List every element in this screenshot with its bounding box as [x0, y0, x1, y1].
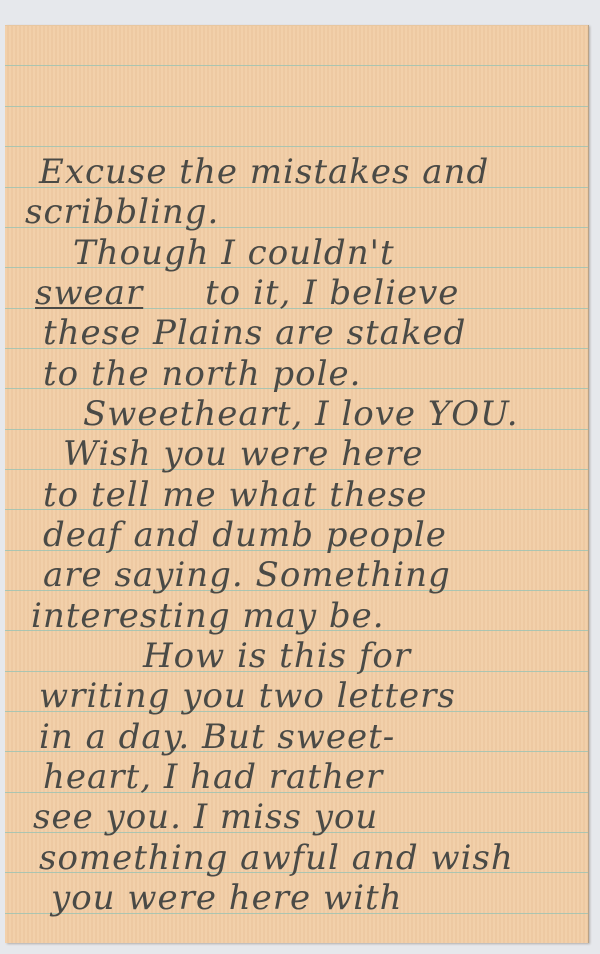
text-line: to the north pole. [43, 354, 361, 394]
text-line: these Plains are staked [43, 313, 466, 353]
text-line: Wish you were here [63, 434, 424, 474]
underlined-word: swear [35, 273, 143, 313]
text-line: heart, I had rather [43, 757, 383, 797]
text-line: something awful and wish [39, 838, 514, 878]
text-line: Sweetheart, I love YOU. [83, 394, 519, 434]
text-line: interesting may be. [31, 596, 385, 636]
scanned-letter-page: Excuse the mistakes and scribbling. Thou… [0, 0, 600, 954]
text-line: Excuse the mistakes and [39, 152, 489, 192]
text-line: Though I couldn't [73, 233, 395, 273]
text-line: to it, I believe [205, 273, 459, 313]
text-line: deaf and dumb people [43, 515, 447, 555]
text-line: writing you two letters [39, 676, 456, 716]
text-line: How is this for [143, 636, 411, 676]
text-line: in a day. But sweet- [39, 717, 395, 757]
text-line: are saying. Something [43, 555, 451, 595]
text-line: to tell me what these [43, 475, 427, 515]
lined-paper: Excuse the mistakes and scribbling. Thou… [5, 25, 588, 943]
text-line: scribbling. [25, 192, 219, 232]
text-line: you were here with [51, 878, 403, 918]
handwritten-text: Excuse the mistakes and scribbling. Thou… [5, 26, 588, 943]
text-line: see you. I miss you [33, 797, 378, 837]
